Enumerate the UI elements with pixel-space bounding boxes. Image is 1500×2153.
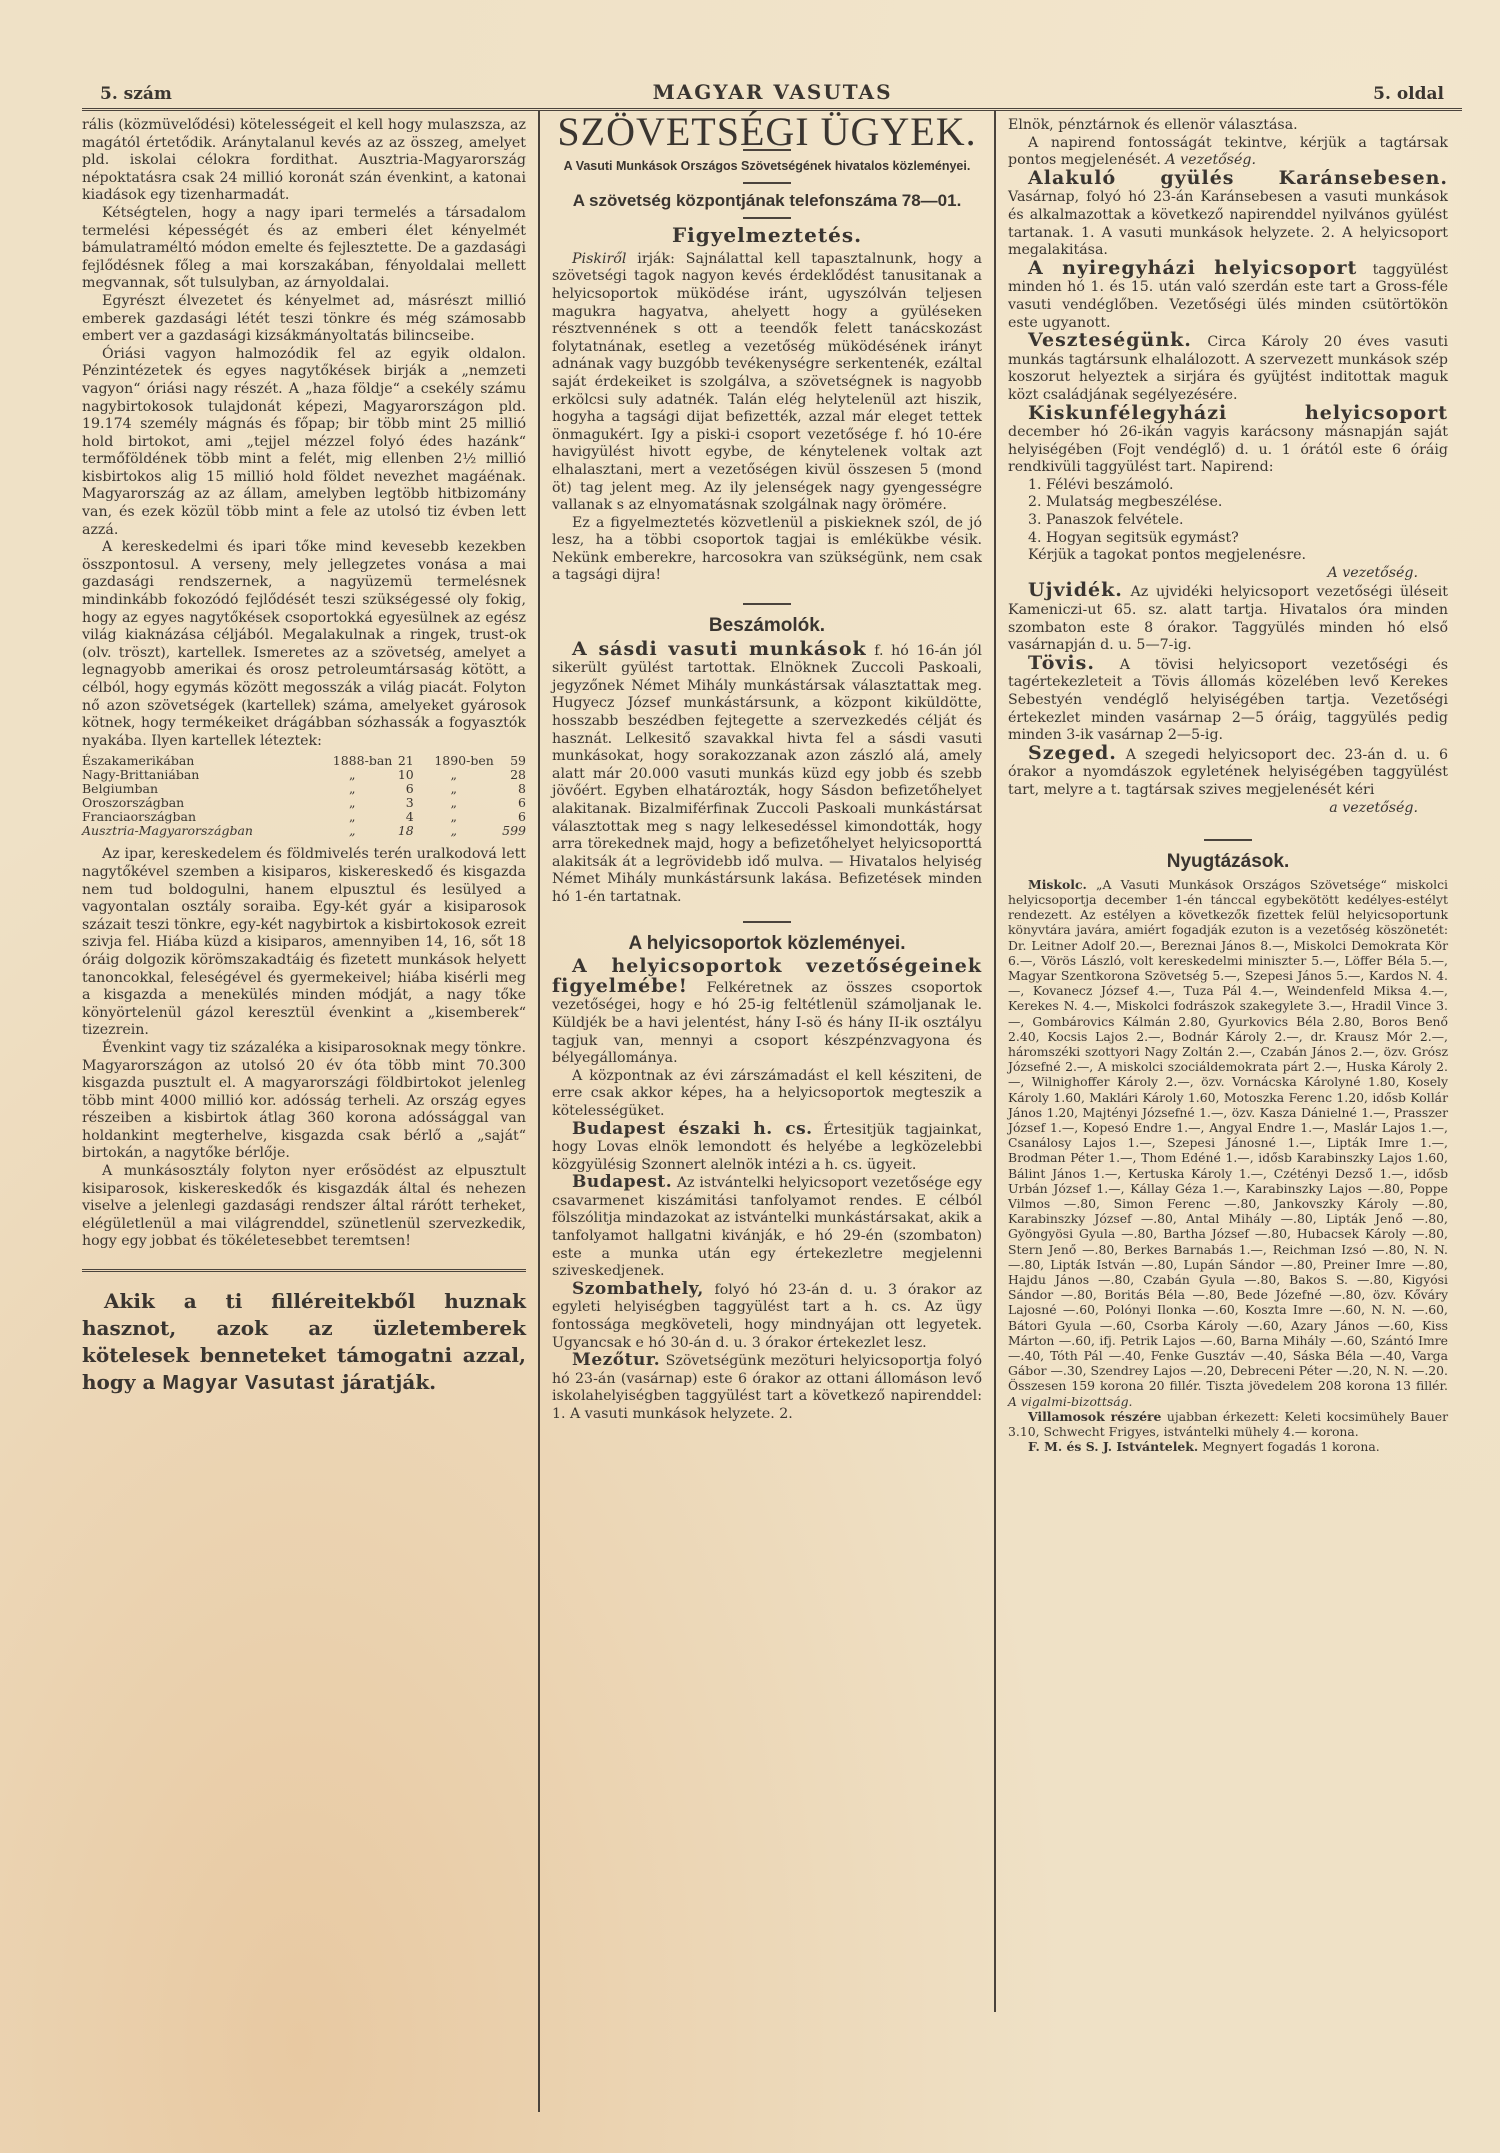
notice-paragraph: A központnak az évi zárszámadást el kell…: [552, 1068, 982, 1121]
notice-paragraph: A helyicsoportok vezetőségeinek figyelmé…: [552, 958, 982, 1068]
receipts-block: Miskolc. „A Vasuti Munkások Országos Szö…: [1008, 877, 1448, 1455]
article-paragraph: Piskiről irják: Sajnálattal kell tapaszt…: [552, 251, 982, 515]
notice-paragraph: A nyiregyházi helyicsoport taggyülést mi…: [1008, 260, 1448, 332]
article-paragraph: Egyrészt élvezetet és kényelmet ad, másr…: [82, 293, 526, 346]
table-row: Északamerikában1888-ban211890-ben59: [82, 754, 526, 768]
report-paragraph: A sásdi vasuti munkások f. hó 16-án jól …: [552, 641, 982, 907]
section-title: SZÖVETSÉGI ÜGYEK.: [552, 123, 982, 141]
agenda-item: 3. Panaszok felvétele.: [1008, 512, 1448, 530]
phone-notice: A szövetség központjának telefonszáma 78…: [552, 192, 982, 210]
agenda-close: Kérjük a tagokat pontos megjelenésre.: [1008, 547, 1448, 565]
double-divider: [82, 1269, 526, 1272]
receipt-paragraph: Villamosok részére ujabban érkezett: Kel…: [1008, 1409, 1448, 1439]
issue-number: 5. szám: [100, 84, 172, 104]
reports-heading: Beszámolók.: [552, 617, 982, 635]
notice-paragraph: Budapest északi h. cs. Értesitjük tagjai…: [552, 1121, 982, 1175]
signature: a vezetőség.: [1008, 800, 1448, 818]
newspaper-page: 5. szám MAGYAR VASUTAS 5. oldal rális (k…: [82, 78, 1462, 2112]
notice-paragraph: Tövis. A tövisi helyicsoport vezetőségi …: [1008, 655, 1448, 745]
newspaper-title: MAGYAR VASUTAS: [653, 80, 893, 104]
agenda-item: 4. Hogyan segitsük egymást?: [1008, 530, 1448, 548]
section-subtitle: A Vasuti Munkások Országos Szövetségének…: [552, 159, 982, 174]
short-rule: [743, 182, 791, 184]
agenda-item: 2. Mulatság megbeszélése.: [1008, 494, 1448, 512]
closing-notice: Akik a ti filléreitekből huznak hasznot,…: [82, 1288, 526, 1397]
column-1: rális (közmüvelődési) kötelességeit el k…: [82, 111, 540, 2112]
notice-paragraph: Elnök, pénztárnok és ellenör választása.: [1008, 117, 1448, 135]
article-paragraph: rális (közmüvelődési) kötelességeit el k…: [82, 117, 526, 205]
short-rule: [743, 217, 791, 219]
notice-paragraph: Ujvidék. Az ujvidéki helyicsoport vezető…: [1008, 582, 1448, 654]
notice-paragraph: A napirend fontosságát tekintve, kérjük …: [1008, 135, 1448, 170]
column-3: Elnök, pénztárnok és ellenör választása.…: [996, 111, 1448, 2112]
local-groups-heading: A helyicsoportok közleményei.: [552, 935, 982, 953]
table-row: Oroszországban„3„6: [82, 796, 526, 810]
cartel-table: Északamerikában1888-ban211890-ben59 Nagy…: [82, 754, 526, 838]
table-row: Belgiumban„6„8: [82, 782, 526, 796]
receipt-paragraph: F. M. és S. J. Istvántelek. Megnyert fog…: [1008, 1439, 1448, 1454]
warning-heading: Figyelmeztetés.: [552, 227, 982, 245]
short-rule: [743, 921, 791, 923]
notice-paragraph: Szombathely, folyó hó 23-án d. u. 3 órak…: [552, 1281, 982, 1352]
column-2: SZÖVETSÉGI ÜGYEK. A Vasuti Munkások Orsz…: [540, 111, 996, 2012]
table-row: Ausztria-Magyarországban„18„599: [82, 824, 526, 838]
masthead: 5. szám MAGYAR VASUTAS 5. oldal: [82, 78, 1462, 111]
notice-paragraph: Alakuló gyülés Karánsebesen. Vasárnap, f…: [1008, 170, 1448, 260]
article-paragraph: Az ipar, kereskedelem és földmivelés ter…: [82, 846, 526, 1040]
article-paragraph: Ez a figyelmeztetés közvetlenül a piskie…: [552, 515, 982, 585]
table-row: Nagy-Brittaniában„10„28: [82, 768, 526, 782]
receipt-paragraph: Miskolc. „A Vasuti Munkások Országos Szö…: [1008, 877, 1448, 1409]
article-paragraph: A kereskedelmi és ipari tőke mind kevese…: [82, 539, 526, 750]
notice-paragraph: Veszteségünk. Circa Károly 20 éves vasut…: [1008, 332, 1448, 404]
short-rule: [1204, 839, 1252, 841]
table-row: Franciaországban„4„6: [82, 810, 526, 824]
notice-paragraph: Kiskunfélegyházi helyicsoport december h…: [1008, 405, 1448, 477]
agenda-list: 1. Félévi beszámoló. 2. Mulatság megbesz…: [1008, 477, 1448, 583]
page-number: 5. oldal: [1373, 84, 1444, 104]
article-paragraph: Évenkint vagy tiz százaléka a kisiparoso…: [82, 1040, 526, 1163]
article-paragraph: Kétségtelen, hogy a nagy ipari termelés …: [82, 205, 526, 293]
brand-name: Magyar Vasutast: [162, 1372, 335, 1394]
article-paragraph: Óriási vagyon halmozódik fel az egyik ol…: [82, 346, 526, 540]
article-paragraph: A munkásosztály folyton nyer erősödést a…: [82, 1163, 526, 1251]
short-rule: [743, 603, 791, 605]
agenda-item: 1. Félévi beszámoló.: [1008, 477, 1448, 495]
receipts-heading: Nyugtázások.: [1008, 853, 1448, 871]
notice-paragraph: Budapest. Az istvántelki helyicsoport ve…: [552, 1174, 982, 1281]
notice-paragraph: Szeged. A szegedi helyicsoport dec. 23-á…: [1008, 745, 1448, 800]
notice-paragraph: Mezőtur. Szövetségünk mezöturi helyicsop…: [552, 1352, 982, 1423]
